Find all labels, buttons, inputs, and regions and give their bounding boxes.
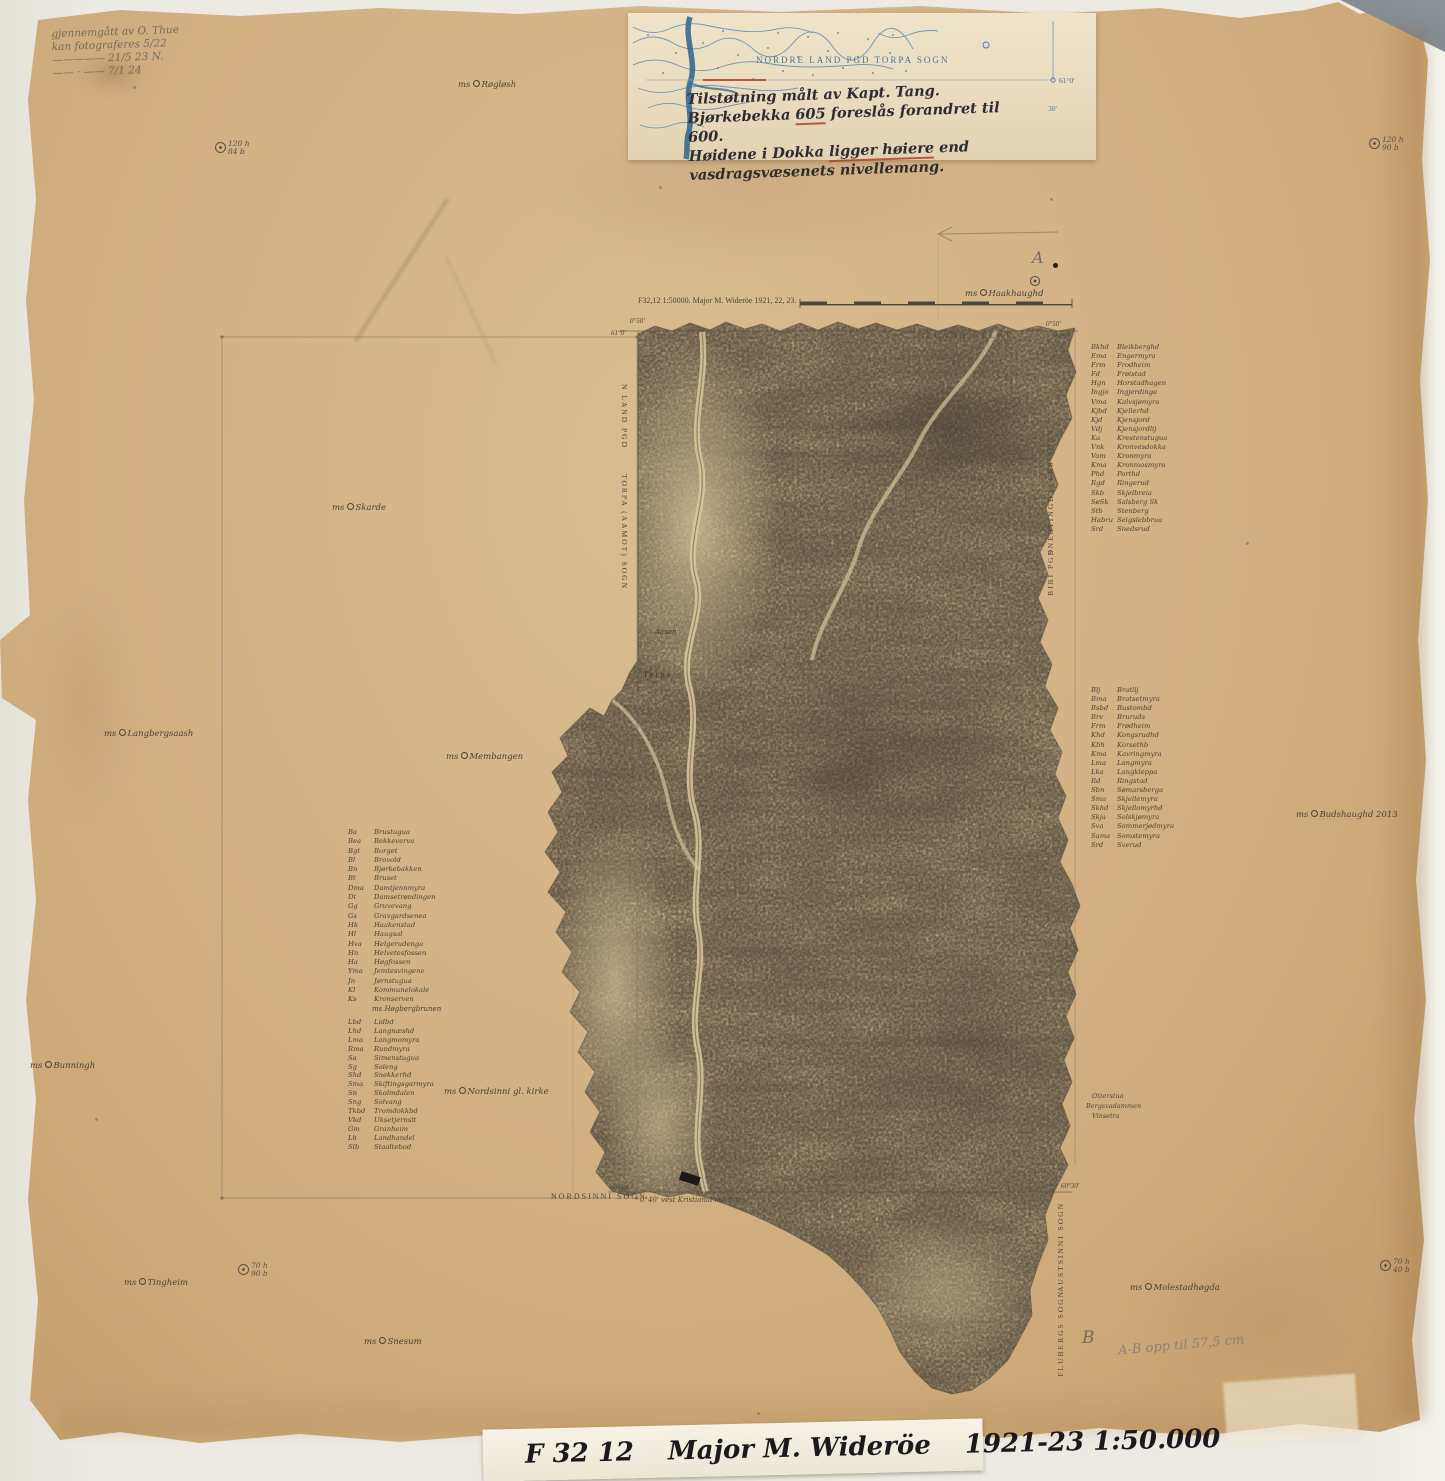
abbr-list-row: SkjaSolskjømyra: [1091, 813, 1241, 822]
abbr-list-row: BljBratlij: [1091, 686, 1241, 695]
abbr-list-row: HkHaakenstad: [348, 921, 508, 930]
abbr-list-row: SkhdSkjellomyrhd: [1091, 804, 1241, 813]
meridian-note: 0°40' vest Kristiania meridian: [640, 1196, 746, 1204]
abbr-list-row: HgnHorstadhagen: [1091, 379, 1241, 388]
map-place-vinsetra: Vinsetra: [1092, 1112, 1120, 1120]
abbr-list-row: RdRingstad: [1091, 777, 1241, 786]
station-circle-icon: [119, 729, 126, 736]
station-circle-icon: [1311, 810, 1318, 817]
station-circle-icon: [473, 80, 480, 87]
coord-top-left-lon: 0°50': [630, 317, 645, 325]
edge-label-torpa-sogn: TORPA (AAMOT) SOGN: [620, 474, 629, 590]
edge-label-fluberg: FLUBERGS SOGN: [1056, 1290, 1065, 1377]
station-circle-icon: [1145, 1283, 1152, 1290]
abbreviation-list-right-a: BkhdBleikberghdEmaEngermyraFrmFrodheimFd…: [1091, 343, 1241, 534]
catalogue-label-strip: F 32 12 Major M. Wideröe 1921-23 1:50.00…: [482, 1418, 983, 1481]
abbr-list-row: BnBjørkebakken: [348, 865, 508, 874]
edge-label-nordsinni: NORDSINNI SOGN: [551, 1192, 647, 1201]
pencil-mark-b: B: [1082, 1328, 1095, 1348]
coord-bottom-left: 60°30': [610, 1184, 628, 1192]
abbreviation-list-left-heading: ms Høgbergbrunen: [372, 1005, 441, 1013]
abbr-list-row: GgGruvevang: [348, 902, 508, 911]
abbr-list-row: SmaSkjellemyra: [1091, 795, 1241, 804]
ink-dot: [1053, 263, 1058, 268]
abbr-list-row: SkbSkjelbreia: [1091, 489, 1241, 498]
scanned-map-sheet: { "scan": { "pencil_top_left": { "l1": "…: [0, 0, 1445, 1481]
abbr-list-row: FrmFrødheim: [1091, 722, 1241, 731]
abbr-list-row: VdjKjensjordlij: [1091, 425, 1241, 434]
abbr-list-row: KaKrestenstugua: [1091, 434, 1241, 443]
abbr-list-row: JnJørnstugua: [348, 977, 508, 986]
coord-top-right-lat: 61°0': [1055, 332, 1070, 340]
map-sheet-title: F32,12 1:50000. Major M. Wideröe 1921, 2…: [638, 296, 796, 305]
scale-bar: [800, 299, 1072, 308]
abbr-list-row: RgdRingerud: [1091, 479, 1241, 488]
abbr-list-row: SrdSverud: [1091, 841, 1241, 850]
abbr-list-row: BkhdBleikberghd: [1091, 343, 1241, 352]
marker-base: 90 b: [251, 1270, 268, 1278]
triangulation-circle-icon: [215, 142, 226, 153]
station-circle-icon: [379, 1337, 386, 1344]
coord-top-left-lat: 61°0': [611, 329, 626, 337]
triangulation-circle-icon: [1369, 138, 1380, 149]
abbr-list-row: KhdKongsrudhd: [1091, 731, 1241, 740]
adjacent-sheet-title: NORDRE LAND PGD TORPA SOGN: [756, 55, 949, 65]
abbr-list-row: HaHøgfossen: [348, 958, 508, 967]
station-circle-icon: [347, 503, 354, 510]
abbr-list-row: VamKronmyra: [1091, 452, 1241, 461]
abbr-list-row: KmaKronmosmyra: [1091, 461, 1241, 470]
abbr-list-row: YmaJemtesvingene: [348, 967, 508, 976]
station-label-budshaughd: msBudshaughd 2013: [1296, 810, 1398, 820]
abbr-list-row: TkbdTromdokkbd: [348, 1107, 508, 1116]
pencil-arrow: [938, 227, 1058, 322]
station-circle-icon: [980, 289, 987, 296]
station-label-tingheim: msTingheim: [124, 1278, 188, 1288]
triangulation-marker-top-right: 120 h90 b: [1369, 136, 1404, 151]
edge-label-snertingdal: SNERTINGDALENS SOGN: [1046, 428, 1055, 555]
abbr-list-row: SøSkSalsberg Sk: [1091, 498, 1241, 507]
abbr-list-row: BgtBorget: [348, 847, 508, 856]
strip-min-label: 30': [1048, 104, 1058, 113]
abbr-list-row: PhdPorthd: [1091, 470, 1241, 479]
abbr-list-row: LbdLidbd: [348, 1018, 508, 1027]
abbr-list-row: GsGravgardsenea: [348, 912, 508, 921]
abbr-list-row: StbStenberg: [1091, 507, 1241, 516]
abbr-list-row: LkaLangkleppa: [1091, 768, 1241, 777]
red-underlined-value: 605: [795, 105, 826, 125]
abbr-list-row: SnSkolmdalen: [348, 1089, 508, 1098]
triangulation-circle-icon: [1380, 1260, 1391, 1271]
marker-base: 40 b: [1393, 1266, 1410, 1274]
abbr-list-row: DmaDamtjennmyra: [348, 884, 508, 893]
station-label-bunningh: msBunningh: [30, 1061, 95, 1071]
abbr-list-row: LmaLangmyra: [1091, 759, 1241, 768]
abbr-list-row: IngjoIngjerdinga: [1091, 388, 1241, 397]
abbr-list-row: SlbStaaltebod: [348, 1143, 508, 1152]
strip-lat-label: 61°0': [1059, 76, 1075, 85]
handwritten-survey-note: Tilstøtning målt av Kapt. Tang. Bjørkebe…: [686, 78, 1034, 185]
abbr-list-row: BsbdBustombd: [1091, 704, 1241, 713]
abbr-list-row: DtDamsetrøndingen: [348, 893, 508, 902]
map-place-otterstua: Otterstua: [1092, 1092, 1124, 1100]
edge-label-nland: N LAND PGD: [620, 384, 629, 449]
abbr-list-row: BtBruset: [348, 874, 508, 883]
abbr-list-row: SaSimenstugua: [348, 1054, 508, 1063]
abbreviation-list-left-a: BaBrustuguaBeaBekkevervaBgtBorgetBlBrovo…: [348, 828, 508, 1005]
triangulation-marker-bottom-right: 70 h40 b: [1380, 1258, 1410, 1273]
abbr-list-row: SmaSkiftingsgarmyra: [348, 1080, 508, 1089]
abbr-list-row: VkdUksetjernslt: [348, 1116, 508, 1125]
map-place-aasen: Aasen: [655, 628, 676, 636]
abbr-list-row: SbnSømarsberga: [1091, 786, 1241, 795]
abbr-list-row: BlBrovold: [348, 856, 508, 865]
triangulation-circle-icon: [238, 1264, 249, 1275]
station-label-molestadhogda: msMolestadhøgda: [1130, 1283, 1220, 1293]
abbr-list-row: BmaBratsetmyra: [1091, 695, 1241, 704]
abbr-list-row: KmaKavringmyra: [1091, 750, 1241, 759]
abbr-list-row: KjdKjensjord: [1091, 416, 1241, 425]
abbr-list-row: HvaHelgerudenga: [348, 940, 508, 949]
abbr-list-row: HlHaugsal: [348, 930, 508, 939]
edge-label-biri: BIRI PGD: [1046, 548, 1055, 596]
station-circle-icon: [139, 1278, 146, 1285]
station-label-snesum: msSnesum: [364, 1337, 422, 1347]
abbr-list-row: SgSoleng: [348, 1063, 508, 1072]
abbr-list-row: KbhKorsethb: [1091, 741, 1241, 750]
map-terrain-texture: [530, 315, 1100, 1405]
abbr-list-row: HnHelvetesfossen: [348, 949, 508, 958]
abbr-list-row: RmaRundmyra: [348, 1045, 508, 1054]
pencil-approval-notes: gjennemgått av O. Thue kan fotograferes …: [51, 24, 180, 80]
abbreviation-list-right-b: BljBratlijBmaBratsetmyraBsbdBustombdBrvB…: [1091, 686, 1241, 850]
abbr-list-row: ShdSnekkerhd: [348, 1071, 508, 1080]
coord-bottom-right: 60°30': [1061, 1182, 1079, 1190]
abbr-list-row: FdFrøistad: [1091, 370, 1241, 379]
marker-base: 90 b: [1382, 144, 1404, 152]
abbr-list-row: KjbdKjellerhd: [1091, 407, 1241, 416]
abbr-list-row: SrdSnedsrud: [1091, 525, 1241, 534]
abbr-list-row: BaBrustugua: [348, 828, 508, 837]
marker-base: 84 b: [228, 148, 250, 156]
abbr-list-row: LhdLangnæshd: [348, 1027, 508, 1036]
abbr-list-row: BeaBekkeverva: [348, 837, 508, 846]
sheet-number: F 32 12: [525, 1437, 635, 1469]
abbr-list-row: VmaKalvsjømyra: [1091, 398, 1241, 407]
abbr-list-row: BrvBruruds: [1091, 713, 1241, 722]
abbr-list-row: VnkKronvesdokka: [1091, 443, 1241, 452]
station-label-langbergsaash: msLangbergsaash: [104, 729, 193, 739]
abbr-list-row: LmaLangmomyra: [348, 1036, 508, 1045]
abbr-list-row: SngSolvang: [348, 1098, 508, 1107]
station-circle-icon: [461, 752, 468, 759]
abbr-list-row: LhLandhandel: [348, 1134, 508, 1143]
blue-circle-icon: [983, 42, 989, 48]
abbr-list-row: SvaSommerjødmyra: [1091, 822, 1241, 831]
abbr-list-row: GmGranheim: [348, 1125, 508, 1134]
abbr-list-row: EmaEngermyra: [1091, 352, 1241, 361]
station-label-roglosh: msRøgløsh: [458, 80, 516, 90]
station-label-skarde: msSkarde: [332, 503, 386, 513]
abbr-list-row: KlKommunelokale: [348, 986, 508, 995]
abbr-list-row: HabruSeigslebbrua: [1091, 516, 1241, 525]
abbr-list-row: KsKronserven: [348, 995, 508, 1004]
map-place-bergsvadammen: Bergsvadammen: [1086, 1102, 1141, 1110]
station-circle-icon: [45, 1061, 52, 1068]
triangulation-marker-top-left: 120 h84 b: [215, 140, 250, 155]
station-label-haakhaughd: msHaakhaughd: [965, 289, 1044, 299]
edge-label-austsinni: AUSTSINNI SOGN: [1056, 1202, 1065, 1292]
map-place-torpa: T o r p a: [643, 670, 670, 679]
abbr-list-row: FrmFrodheim: [1091, 361, 1241, 370]
abbreviation-list-left-b: LbdLidbdLhdLangnæshdLmaLangmomyraRmaRund…: [348, 1018, 508, 1152]
surveyor-name: Major M. Wideröe: [668, 1431, 932, 1467]
pencil-mark-a: A: [1032, 248, 1044, 267]
station-label-membangen: msMembangen: [446, 752, 523, 762]
fylke-label: OPLAND FYLKE: [918, 331, 1014, 340]
circled-dot-icon: [1030, 276, 1040, 286]
survey-years-scale: 1921-23 1:50.000: [964, 1424, 1220, 1460]
triangulation-marker-bottom-left: 70 h90 b: [238, 1262, 268, 1277]
coord-top-right-lon: 0°50': [1046, 320, 1061, 328]
abbr-list-row: SamaSomstemyra: [1091, 832, 1241, 841]
